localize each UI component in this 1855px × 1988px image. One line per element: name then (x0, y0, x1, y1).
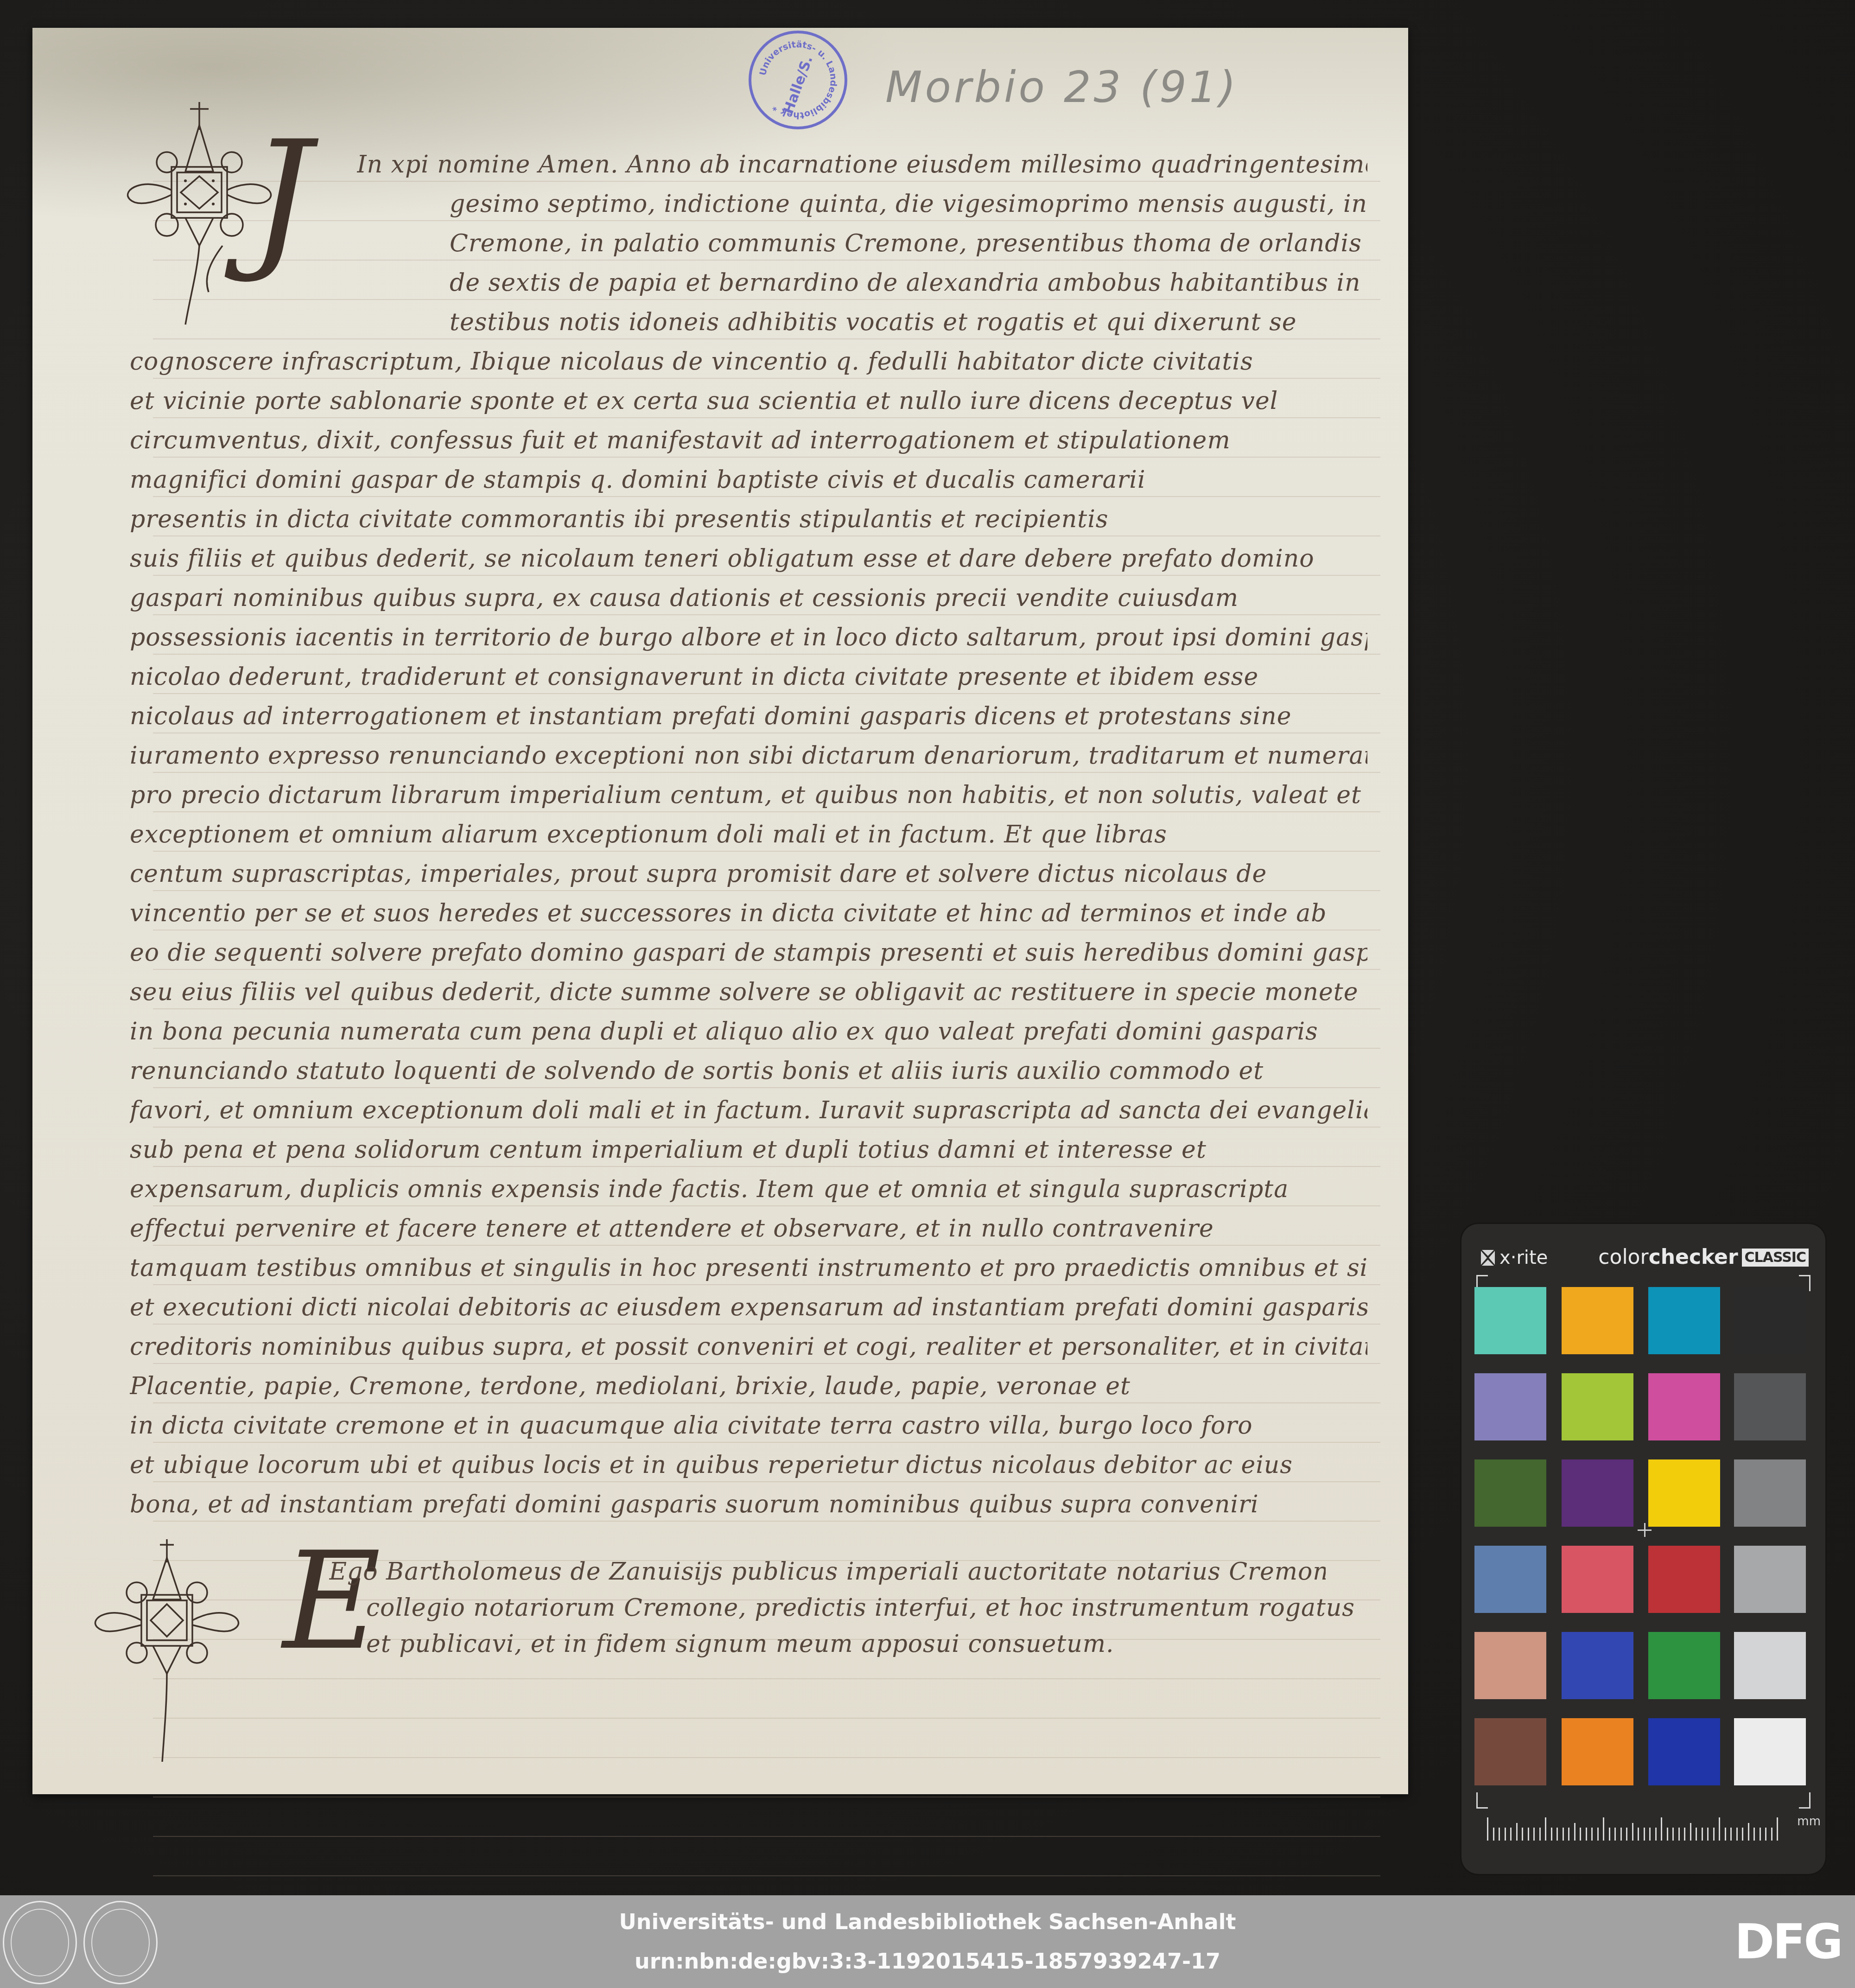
ruler-tick (1771, 1828, 1772, 1841)
color-patch (1474, 1287, 1546, 1354)
manuscript-line: presentis in dicta civitate commorantis … (130, 505, 1367, 533)
ruler-tick (1760, 1828, 1761, 1841)
xrite-brand: x·rite (1480, 1247, 1548, 1268)
subscription-line: Ego Bartholomeus de Zanuisijs publicus i… (329, 1558, 1326, 1586)
decorated-initial: J (250, 121, 311, 274)
manuscript-line: expensarum, duplicis omnis expensis inde… (130, 1175, 1367, 1203)
ruler-tick (1487, 1817, 1488, 1841)
manuscript-line: possessionis iacentis in territorio de b… (130, 624, 1367, 651)
ruler-tick (1707, 1828, 1709, 1841)
color-patch (1474, 1718, 1546, 1785)
color-checker-card: x·rite colorcheckerCLASSIC mm (1461, 1224, 1825, 1874)
ruler-tick (1777, 1817, 1778, 1841)
color-patch (1734, 1546, 1806, 1613)
ruling-line (153, 1718, 1380, 1719)
color-patch (1562, 1459, 1633, 1527)
ruler-tick (1499, 1828, 1500, 1841)
manuscript-line: et vicinie porte sablonarie sponte et ex… (130, 387, 1367, 415)
manuscript-line: et executioni dicti nicolai debitoris ac… (130, 1293, 1367, 1321)
ruler-tick (1730, 1828, 1732, 1841)
ruling-line (153, 1245, 1380, 1246)
manuscript-line: Cremone, in palatio communis Cremone, pr… (450, 229, 1367, 257)
ruling-line (153, 181, 1380, 182)
manuscript-line: seu eius filiis vel quibus dederit, dict… (130, 978, 1367, 1006)
ruler-tick (1725, 1828, 1726, 1841)
subscription-line: collegio notariorum Cremone, predictis i… (366, 1594, 1363, 1622)
color-patch (1734, 1373, 1806, 1440)
ruler-tick (1614, 1828, 1616, 1841)
color-patch (1562, 1546, 1633, 1613)
notarial-sign-subscription-icon (83, 1535, 250, 1766)
ruler-tick (1620, 1828, 1622, 1841)
ruling-line (153, 890, 1380, 891)
ruling-line (153, 535, 1380, 536)
library-footer: Universitäts- und Landesbibliothek Sachs… (0, 1895, 1855, 1988)
ruler-unit: mm (1797, 1815, 1821, 1829)
ruling-line (153, 220, 1380, 221)
color-patch (1734, 1718, 1806, 1785)
ruler-tick (1586, 1828, 1587, 1841)
color-patch (1648, 1373, 1720, 1440)
ruling-line (153, 575, 1380, 576)
manuscript-line: tamquam testibus omnibus et singulis in … (130, 1254, 1367, 1282)
ruling-line (153, 378, 1380, 379)
manuscript-line: renunciando statuto loquenti de solvendo… (130, 1057, 1367, 1085)
ruling-line (153, 1402, 1380, 1403)
color-patch (1734, 1287, 1806, 1354)
ruling-line (153, 969, 1380, 970)
ruler-tick (1655, 1828, 1657, 1841)
manuscript-line: in bona pecunia numerata cum pena dupli … (130, 1018, 1367, 1045)
registration-corner-br (1799, 1792, 1811, 1809)
ruler-tick (1568, 1828, 1569, 1841)
manuscript-line: creditoris nominibus quibus supra, et po… (130, 1333, 1367, 1361)
ruler-tick (1736, 1828, 1738, 1841)
subscription-line: et publicavi, et in fidem signum meum ap… (366, 1630, 1363, 1658)
manuscript-line: nicolaus ad interrogationem et instantia… (130, 702, 1367, 730)
ruler-tick (1609, 1828, 1610, 1841)
ruler-tick (1678, 1828, 1680, 1841)
shelfmark: Morbio 23 (91) (885, 63, 1239, 112)
ruling-line (153, 930, 1380, 930)
color-patch (1474, 1459, 1546, 1527)
manuscript-line: In xpi nomine Amen. Anno ab incarnatione… (357, 151, 1367, 178)
ruler-tick (1626, 1828, 1627, 1841)
color-patch (1648, 1459, 1720, 1527)
color-patch (1734, 1459, 1806, 1527)
ruling-line (153, 1521, 1380, 1522)
manuscript-line: testibus notis idoneis adhibitis vocatis… (450, 308, 1367, 336)
color-patch (1474, 1632, 1546, 1699)
color-patch (1648, 1287, 1720, 1354)
ruler-tick (1672, 1828, 1674, 1841)
manuscript-line: in dicta civitate cremone et in quacumqu… (130, 1412, 1367, 1440)
ruler-tick (1510, 1828, 1512, 1841)
ruler-tick (1661, 1817, 1662, 1841)
ruler-tick (1644, 1828, 1645, 1841)
ruler-tick (1533, 1828, 1535, 1841)
color-patch (1648, 1632, 1720, 1699)
ruling-line (153, 1797, 1380, 1797)
ruler-tick (1563, 1828, 1564, 1841)
color-patch (1648, 1718, 1720, 1785)
ruler-tick (1748, 1823, 1749, 1841)
brand-label: x·rite (1499, 1247, 1548, 1268)
ruler-tick (1713, 1828, 1715, 1841)
ruling-line (153, 772, 1380, 773)
ruler-tick (1765, 1828, 1766, 1841)
manuscript-line: gesimo septimo, indictione quinta, die v… (450, 190, 1367, 218)
color-patch (1734, 1632, 1806, 1699)
product-name: colorcheckerCLASSIC (1598, 1245, 1809, 1269)
manuscript-line: iuramento expresso renunciando exception… (130, 742, 1367, 770)
ruling-line (153, 733, 1380, 733)
ruler-tick (1545, 1817, 1546, 1841)
ruling-line (153, 1757, 1380, 1758)
manuscript-line: exceptionem et omnium aliarum exceptionu… (130, 821, 1367, 848)
ruling-line (153, 1127, 1380, 1128)
dfg-logo: DFG (1734, 1918, 1842, 1966)
ruler-tick (1632, 1823, 1633, 1841)
xrite-logo-icon (1480, 1250, 1496, 1266)
ruler-tick (1580, 1828, 1581, 1841)
ruler-tick (1696, 1828, 1697, 1841)
ruling-line (153, 1875, 1380, 1876)
manuscript-line: gaspari nominibus quibus supra, ex causa… (130, 584, 1367, 612)
ruler-tick (1684, 1828, 1685, 1841)
ruling-line (153, 851, 1380, 852)
manuscript-line: circumventus, dixit, confessus fuit et m… (130, 427, 1367, 454)
ruling-line (153, 457, 1380, 458)
ruling-line (153, 1087, 1380, 1088)
mm-ruler: mm (1487, 1817, 1793, 1841)
manuscript-line: nicolao dederunt, tradiderunt et consign… (130, 663, 1367, 691)
ruler-tick (1574, 1823, 1575, 1841)
ruler-tick (1649, 1828, 1651, 1841)
manuscript-line: magnifici domini gaspar de stampis q. do… (130, 466, 1367, 494)
ruler-tick (1742, 1828, 1743, 1841)
ruler-tick (1551, 1828, 1552, 1841)
ruling-line (153, 1284, 1380, 1285)
ruler-tick (1638, 1828, 1639, 1841)
ruler-tick (1505, 1828, 1506, 1841)
color-patch (1474, 1373, 1546, 1440)
ruling-line (153, 1048, 1380, 1049)
ruler-tick (1667, 1828, 1668, 1841)
product-name-bold: checker (1649, 1245, 1738, 1269)
registration-corner-bl (1476, 1792, 1488, 1809)
ruling-line (153, 1324, 1380, 1325)
institution-name: Universitäts- und Landesbibliothek Sachs… (0, 1909, 1855, 1934)
ruler-tick (1597, 1828, 1599, 1841)
ruler-tick (1719, 1817, 1720, 1841)
ruler-tick (1702, 1828, 1703, 1841)
ruler-tick (1493, 1828, 1494, 1841)
ruler-tick (1753, 1828, 1755, 1841)
manuscript-line: suis filiis et quibus dederit, se nicola… (130, 545, 1367, 573)
color-patch (1562, 1373, 1633, 1440)
color-patch (1648, 1546, 1720, 1613)
ruling-line (153, 1008, 1380, 1009)
ruling-line (153, 1481, 1380, 1482)
ruling-line (153, 338, 1380, 339)
center-crosshair-icon (1638, 1523, 1652, 1537)
manuscript-line: eo die sequenti solvere prefato domino g… (130, 939, 1367, 967)
manuscript-line: sub pena et pena solidorum centum imperi… (130, 1136, 1367, 1164)
ruling-line (153, 1442, 1380, 1443)
ruling-line (153, 654, 1380, 655)
manuscript-line: pro precio dictarum librarum imperialium… (130, 781, 1367, 809)
manuscript-line: centum suprascriptas, imperiales, prout … (130, 860, 1367, 888)
ruler-tick (1539, 1828, 1541, 1841)
color-patch (1474, 1546, 1546, 1613)
ruling-line (153, 1166, 1380, 1167)
ruler-tick (1522, 1828, 1523, 1841)
manuscript-line: vincentio per se et suos heredes et succ… (130, 899, 1367, 927)
ruling-line (153, 693, 1380, 694)
ruler-tick (1690, 1823, 1691, 1841)
manuscript-line: et ubique locorum ubi et quibus locis et… (130, 1451, 1367, 1479)
manuscript-page: Universitäts- u. Landesbibliothek * Hall… (32, 28, 1408, 1794)
ruling-line (153, 496, 1380, 497)
ruler-tick (1528, 1828, 1529, 1841)
ruling-line (153, 1836, 1380, 1837)
ruling-line (153, 811, 1380, 812)
color-patch (1562, 1632, 1633, 1699)
manuscript-line: cognoscere infrascriptum, Ibique nicolau… (130, 348, 1367, 376)
manuscript-line: favori, et omnium exceptionum doli mali … (130, 1096, 1367, 1124)
manuscript-line: de sextis de papia et bernardino de alex… (450, 269, 1367, 297)
ruler-tick (1556, 1828, 1558, 1841)
ruling-line (153, 614, 1380, 615)
ruler-tick (1591, 1828, 1593, 1841)
manuscript-line: Placentie, papie, Cremone, terdone, medi… (130, 1372, 1367, 1400)
manuscript-line: effectui pervenire et facere tenere et a… (130, 1215, 1367, 1242)
ruling-line (153, 1205, 1380, 1206)
classic-badge: CLASSIC (1742, 1249, 1809, 1267)
color-patch (1562, 1287, 1633, 1354)
ruling-line (153, 1363, 1380, 1364)
color-patch (1562, 1718, 1633, 1785)
ruling-line (153, 260, 1380, 261)
manuscript-line: bona, et ad instantiam prefati domini ga… (130, 1491, 1367, 1518)
ruling-line (153, 299, 1380, 300)
library-stamp: Universitäts- u. Landesbibliothek * Hall… (749, 31, 847, 129)
ruler-tick (1603, 1817, 1604, 1841)
product-name-light: color (1598, 1245, 1648, 1269)
ruling-line (153, 417, 1380, 418)
urn-identifier[interactable]: urn:nbn:de:gbv:3:3-1192015415-1857939247… (0, 1949, 1855, 1974)
ruler-tick (1516, 1823, 1518, 1841)
